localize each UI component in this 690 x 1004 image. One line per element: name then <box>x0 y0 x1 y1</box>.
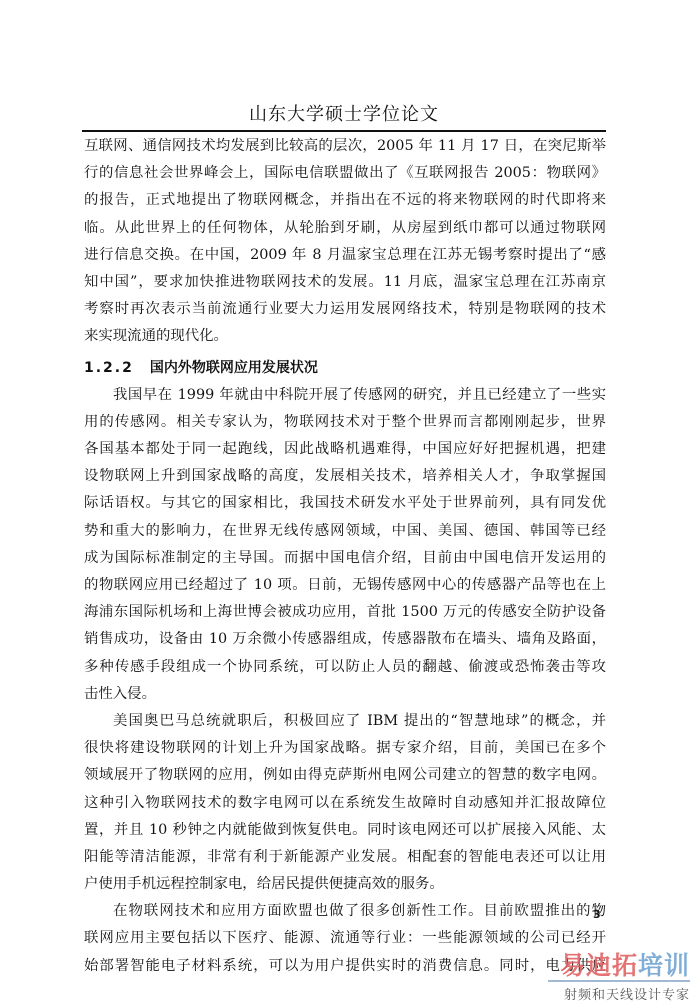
text-line: 设物联网上升到国家战略的高度，发展相关技术，培养相关人才，争取掌握国 <box>84 463 606 490</box>
text-line: 领域展开了物联网的应用，例如由得克萨斯州电网公司建立的智慧的数字电网。 <box>84 762 606 789</box>
text-line: 进行信息交换。在中国，2009 年 8 月温家宝总理在江苏无锡考察时提出了“感 <box>84 242 606 269</box>
text-line: 在物联网技术和应用方面欧盟也做了很多创新性工作。目前欧盟推出的物 <box>84 898 606 925</box>
watermark-logo: 易迪拓培训 射频和天线设计专家 <box>530 952 690 1003</box>
text-line: 这种引入物联网技术的数字电网可以在系统发生故障时自动感知并汇报故障位 <box>84 790 606 817</box>
paragraph-usa: 美国奥巴马总统就职后，积极回应了 IBM 提出的“智慧地球”的概念，并 很快将建… <box>84 708 606 898</box>
running-header: 山东大学硕士学位论文 <box>82 104 606 132</box>
paragraph-eu: 在物联网技术和应用方面欧盟也做了很多创新性工作。目前欧盟推出的物 联网应用主要包… <box>84 898 606 980</box>
watermark-tagline: 射频和天线设计专家 <box>530 984 690 1003</box>
page-number: 3 <box>593 908 601 921</box>
text-line: 置，并且 10 秒钟之内就能做到恢复供电。同时该电网还可以扩展接入风能、太 <box>84 817 606 844</box>
watermark-brand-red: 易迪拓 <box>560 951 638 980</box>
text-line: 成为国际标准制定的主导国。而据中国电信介绍，目前由中国电信开发运用的 <box>84 545 606 572</box>
text-line: 美国奥巴马总统就职后，积极回应了 IBM 提出的“智慧地球”的概念，并 <box>84 708 606 735</box>
text-line: 很快将建设物联网的计划上升为国家战略。据专家介绍，目前，美国已在多个 <box>84 735 606 762</box>
text-line: 知中国”，要求加快推进物联网技术的发展。11 月底，温家宝总理在江苏南京 <box>84 269 606 296</box>
text-line: 的报告，正式地提出了物联网概念，并指出在不远的将来物联网的时代即将来 <box>84 187 606 214</box>
text-line: 各国基本都处于同一起跑线，因此战略机遇难得，中国应好好把握机遇，把建 <box>84 436 606 463</box>
section-title: 国内外物联网应用发展状况 <box>150 360 318 376</box>
thesis-header-title: 山东大学硕士学位论文 <box>249 104 439 125</box>
paragraph-china: 我国早在 1999 年就由中科院开展了传感网的研究，并且已经建立了一些实 用的传… <box>84 382 606 708</box>
paragraph-intro: 互联网、通信网技术均发展到比较高的层次，2005 年 11 月 17 日，在突尼… <box>84 133 606 351</box>
text-line: 销售成功，设备由 10 万余微小传感器组成，传感器散布在墙头、墙角及路面， <box>84 626 606 653</box>
text-line: 击性入侵。 <box>84 681 606 708</box>
text-line: 户使用手机远程控制家电，给居民提供便捷高效的服务。 <box>84 871 606 898</box>
text-line: 际话语权。与其它的国家相比，我国技术研发水平处于世界前列，具有同发优 <box>84 490 606 517</box>
watermark-brand: 易迪拓培训 <box>530 952 690 979</box>
text-line: 多种传感手段组成一个协同系统，可以防止人员的翻越、偷渡或恐怖袭击等攻 <box>84 654 606 681</box>
text-line: 阳能等清洁能源，非常有利于新能源产业发展。相配套的智能电表还可以让用 <box>84 844 606 871</box>
text-line: 始部署智能电子材料系统，可以为用户提供实时的消费信息。同时，电力供应 <box>84 953 606 980</box>
text-line: 行的信息社会世界峰会上，国际电信联盟做出了《互联网报告 2005：物联网》 <box>84 160 606 187</box>
text-line: 的物联网应用已经超过了 10 项。日前，无锡传感网中心的传感器产品等也在上 <box>84 572 606 599</box>
watermark-brand-blue: 培训 <box>638 951 690 980</box>
watermark-divider <box>548 980 690 982</box>
section-heading: 1.2.2国内外物联网应用发展状况 <box>84 355 606 382</box>
text-line: 来实现流通的现代化。 <box>84 323 606 350</box>
text-line: 互联网、通信网技术均发展到比较高的层次，2005 年 11 月 17 日，在突尼… <box>84 133 606 160</box>
text-line: 用的传感网。相关专家认为，物联网技术对于整个世界而言都刚刚起步，世界 <box>84 409 606 436</box>
text-line: 势和重大的影响力，在世界无线传感网领域，中国、美国、德国、韩国等已经 <box>84 518 606 545</box>
text-line: 海浦东国际机场和上海世博会被成功应用，首批 1500 万元的传感安全防护设备 <box>84 599 606 626</box>
text-line: 联网应用主要包括以下医疗、能源、流通等行业：一些能源领域的公司已经开 <box>84 925 606 952</box>
text-line: 考察时再次表示当前流通行业要大力运用发展网络技术，特别是物联网的技术 <box>84 296 606 323</box>
text-line: 临。从此世界上的任何物体，从轮胎到牙刷，从房屋到纸巾都可以通过物联网 <box>84 215 606 242</box>
section-number: 1.2.2 <box>84 360 134 376</box>
text-line: 我国早在 1999 年就由中科院开展了传感网的研究，并且已经建立了一些实 <box>84 382 606 409</box>
page-body: 互联网、通信网技术均发展到比较高的层次，2005 年 11 月 17 日，在突尼… <box>84 133 606 980</box>
